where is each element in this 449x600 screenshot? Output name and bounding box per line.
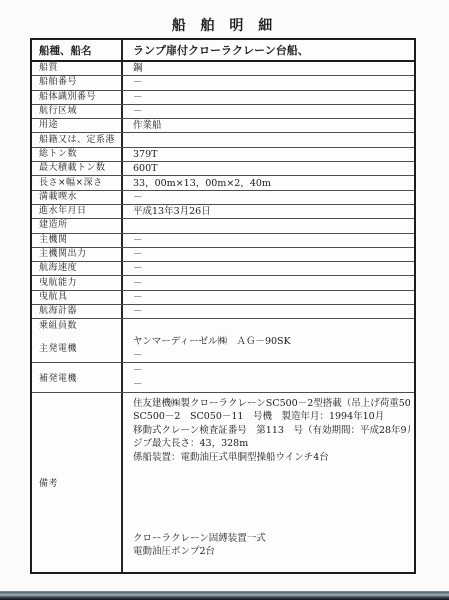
table-row: 曳航能力 － xyxy=(32,276,414,290)
remarks-line: 電動油圧ポンプ2台 xyxy=(133,545,410,559)
row-label: 曳航具 xyxy=(32,291,123,304)
row-value: － xyxy=(123,262,414,275)
table-row: 進水年月日 平成13年3月26日 xyxy=(32,205,414,219)
row-value: － xyxy=(123,191,414,204)
header-row-value: ランプ扉付クローラクレーン台船、 xyxy=(123,40,414,60)
remarks-block-1: 住友建機㈱製クローラクレーンSC500－2型搭載（吊上げ荷重50T） SC500… xyxy=(133,397,410,465)
table-row: 船質 鋼 xyxy=(32,62,414,76)
row-label: 長さ×幅×深さ xyxy=(32,176,123,189)
row-value: 作業船 xyxy=(123,119,414,132)
row-label: 曳航能力 xyxy=(32,276,123,289)
row-value: － xyxy=(123,76,414,89)
row-value: ヤンマーディーゼル㈱ ＡＧ－90SK － xyxy=(123,334,414,363)
table-row: 船舶番号 － xyxy=(32,76,414,90)
row-value: 平成13年3月26日 xyxy=(123,205,414,218)
row-label: 満載喫水 xyxy=(32,191,123,204)
row-value: － xyxy=(123,248,414,261)
remarks-block-2: クローラクレーン固縛装置一式 電動油圧ポンプ2台 xyxy=(133,532,410,559)
value-line: － xyxy=(133,349,410,363)
value-line: ヤンマーディーゼル㈱ ＡＧ－90SK xyxy=(133,335,410,349)
table-row: 主機関出力 － xyxy=(32,248,414,262)
remarks-line: SC500－2 SC050－11 号機 製造年月：1994年10月 xyxy=(133,410,410,424)
table-header-row: 船種、船名 ランプ扉付クローラクレーン台船、 xyxy=(32,40,414,62)
row-label: 船舶番号 xyxy=(32,76,123,89)
table-row: 用途 作業船 xyxy=(32,119,414,133)
row-label: 最大積載トン数 xyxy=(32,162,123,175)
remarks-row: 備考 住友建機㈱製クローラクレーンSC500－2型搭載（吊上げ荷重50T） SC… xyxy=(32,393,414,572)
row-label: 建造所 xyxy=(32,219,123,232)
row-value xyxy=(123,219,414,232)
table-row: 曳航具 － xyxy=(32,291,414,305)
row-value: 379T xyxy=(123,148,414,161)
scanned-document-page: 船 舶 明 細 船種、船名 ランプ扉付クローラクレーン台船、 船質 鋼 船舶番号… xyxy=(0,0,449,600)
remarks-line: クローラクレーン固縛装置一式 xyxy=(133,532,410,546)
table-row: 主機関 － xyxy=(32,234,414,248)
row-value: － xyxy=(123,234,414,247)
row-label: 航海速度 xyxy=(32,262,123,275)
row-label: 用途 xyxy=(32,119,123,132)
value-line: － xyxy=(133,378,410,392)
row-value: － xyxy=(123,91,414,104)
table-row: 航海計器 － xyxy=(32,305,414,319)
generator-row: 主発電機 ヤンマーディーゼル㈱ ＡＧ－90SK － xyxy=(32,334,414,364)
row-label: 船質 xyxy=(32,62,123,75)
table-row: 乗組員数 xyxy=(32,319,414,333)
row-label: 進水年月日 xyxy=(32,205,123,218)
remarks-line: 移動式クレーン検査証番号 第113 号（有効期間：平成28年9月6日迄） xyxy=(133,424,410,438)
row-value: － xyxy=(123,276,414,289)
row-label: 総トン数 xyxy=(32,148,123,161)
page-title: 船 舶 明 細 xyxy=(0,15,449,35)
header-row-label: 船種、船名 xyxy=(32,40,123,60)
remarks-line: 住友建機㈱製クローラクレーンSC500－2型搭載（吊上げ荷重50T） xyxy=(133,397,410,411)
row-value: 600T xyxy=(123,162,414,175)
remarks-label: 備考 xyxy=(32,393,123,572)
row-value: － － xyxy=(123,363,414,392)
row-label: 主機関出力 xyxy=(32,248,123,261)
row-label: 乗組員数 xyxy=(32,319,123,333)
table-row: 航海速度 － xyxy=(32,262,414,276)
remarks-line: ジブ最大長さ：43，328m xyxy=(133,437,410,451)
row-label: 主機関 xyxy=(32,234,123,247)
row-label: 船籍又は、定系港 xyxy=(32,133,123,146)
value-line: － xyxy=(133,364,410,378)
scan-edge-bar xyxy=(0,591,449,600)
table-row: 満載喫水 － xyxy=(32,191,414,205)
table-row: 船籍又は、定系港 xyxy=(32,133,414,147)
row-label: 船体識別番号 xyxy=(32,91,123,104)
row-label: 主発電機 xyxy=(32,334,123,363)
table-row: 総トン数 379T xyxy=(32,148,414,162)
row-value: － xyxy=(123,305,414,318)
row-value: 33，00m×13，00m×2，40m xyxy=(123,176,414,189)
generator-row: 補発電機 － － xyxy=(32,363,414,393)
table-row: 長さ×幅×深さ 33，00m×13，00m×2，40m xyxy=(32,176,414,190)
table-row: 最大積載トン数 600T xyxy=(32,162,414,176)
table-row: 船体識別番号 － xyxy=(32,91,414,105)
row-value: 鋼 xyxy=(123,62,414,75)
table-row: 航行区域 － xyxy=(32,105,414,119)
row-label: 航行区域 xyxy=(32,105,123,118)
row-value xyxy=(123,133,414,146)
table-row: 建造所 xyxy=(32,219,414,233)
row-label: 航海計器 xyxy=(32,305,123,318)
row-value: － xyxy=(123,105,414,118)
row-value: － xyxy=(123,291,414,304)
row-value xyxy=(123,319,414,333)
remarks-content: 住友建機㈱製クローラクレーンSC500－2型搭載（吊上げ荷重50T） SC500… xyxy=(123,393,414,572)
row-label: 補発電機 xyxy=(32,363,123,392)
ship-detail-table: 船種、船名 ランプ扉付クローラクレーン台船、 船質 鋼 船舶番号 － 船体識別番… xyxy=(30,38,416,574)
remarks-line: 係船装置：電動油圧式単胴型操船ウインチ4台 xyxy=(133,451,410,465)
